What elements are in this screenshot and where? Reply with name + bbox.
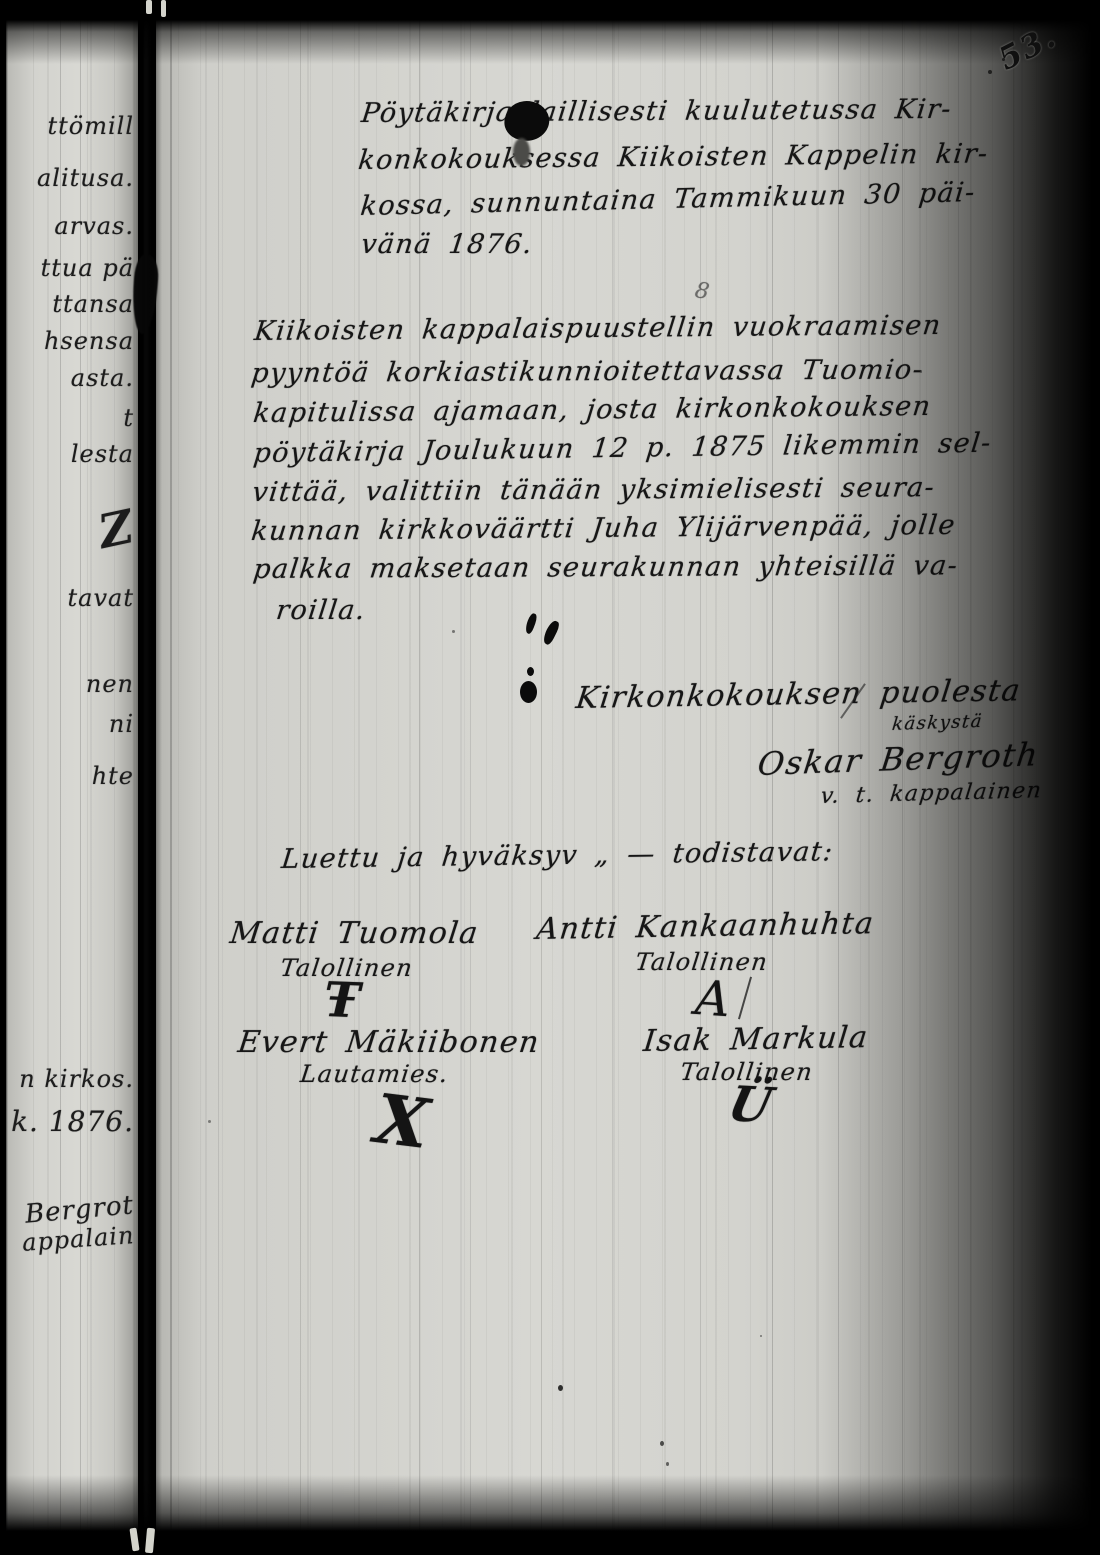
fragment-text: tavat: [68, 584, 134, 612]
heading-line: vänä 1876.: [360, 231, 535, 258]
paper-streak: [300, 8, 301, 1542]
binding-thread: [146, 0, 152, 14]
witness-name: Matti Tuomola: [228, 919, 480, 949]
binding-thread: [161, 0, 166, 17]
fragment-text: n kirkos.: [19, 1065, 134, 1093]
ink-speck: [452, 630, 455, 633]
fragment-text: k. 1876.: [11, 1105, 134, 1138]
attestation-line: Luettu ja hyväksyv „ — todistavat:: [280, 838, 835, 873]
witness-house-mark: A: [694, 974, 732, 1024]
scan-edge-bottom: [0, 1475, 1100, 1555]
paper-streak: [541, 8, 542, 1542]
ink-blot: [520, 681, 537, 703]
ink-speck: [660, 1441, 664, 1446]
ink-speck: [208, 1120, 211, 1123]
document-scan: ttömill alitusa. arvas. ttua pä ttansa h…: [0, 0, 1100, 1555]
fragment-text: ni: [109, 710, 134, 738]
ink-speck: [666, 1462, 669, 1466]
witness-house-mark: X: [372, 1085, 433, 1159]
witness-house-mark: Ŧ: [323, 976, 360, 1025]
ink-speck: [988, 70, 992, 74]
fragment-text: asta.: [71, 364, 134, 392]
fragment-text: ttansa: [52, 290, 134, 318]
paper-streak: [612, 8, 613, 1542]
paper-streak: [218, 8, 219, 1542]
ink-blot: [527, 667, 534, 676]
fragment-text: hsensa: [44, 327, 134, 355]
ink-speck: [760, 1335, 762, 1337]
fragment-text: lesta: [71, 440, 134, 468]
body-line: roilla.: [275, 597, 368, 624]
paper-streak: [700, 8, 701, 1542]
binding-crease: [144, 0, 148, 1555]
ink-speck: [558, 1385, 563, 1391]
fragment-text: hte: [92, 762, 134, 790]
fragment-text: nen: [86, 670, 134, 698]
fragment-text: arvas.: [54, 212, 134, 240]
fragment-text: ttua pä: [41, 254, 134, 282]
witness-name: Evert Mäkiibonen: [236, 1028, 541, 1058]
fragment-text: alitusa.: [37, 164, 134, 192]
previous-page-text: ttömill alitusa. arvas. ttua pä ttansa h…: [6, 12, 138, 1534]
ink-speck: [1002, 58, 1005, 61]
scan-edge-left: [0, 0, 8, 1555]
fragment-text: ttömill: [47, 112, 134, 140]
paper-streak: [170, 8, 172, 1542]
scan-shadow-right: [820, 0, 1100, 1555]
ink-blot-tail: [513, 138, 530, 166]
witness-title: Lautamies.: [299, 1062, 450, 1086]
